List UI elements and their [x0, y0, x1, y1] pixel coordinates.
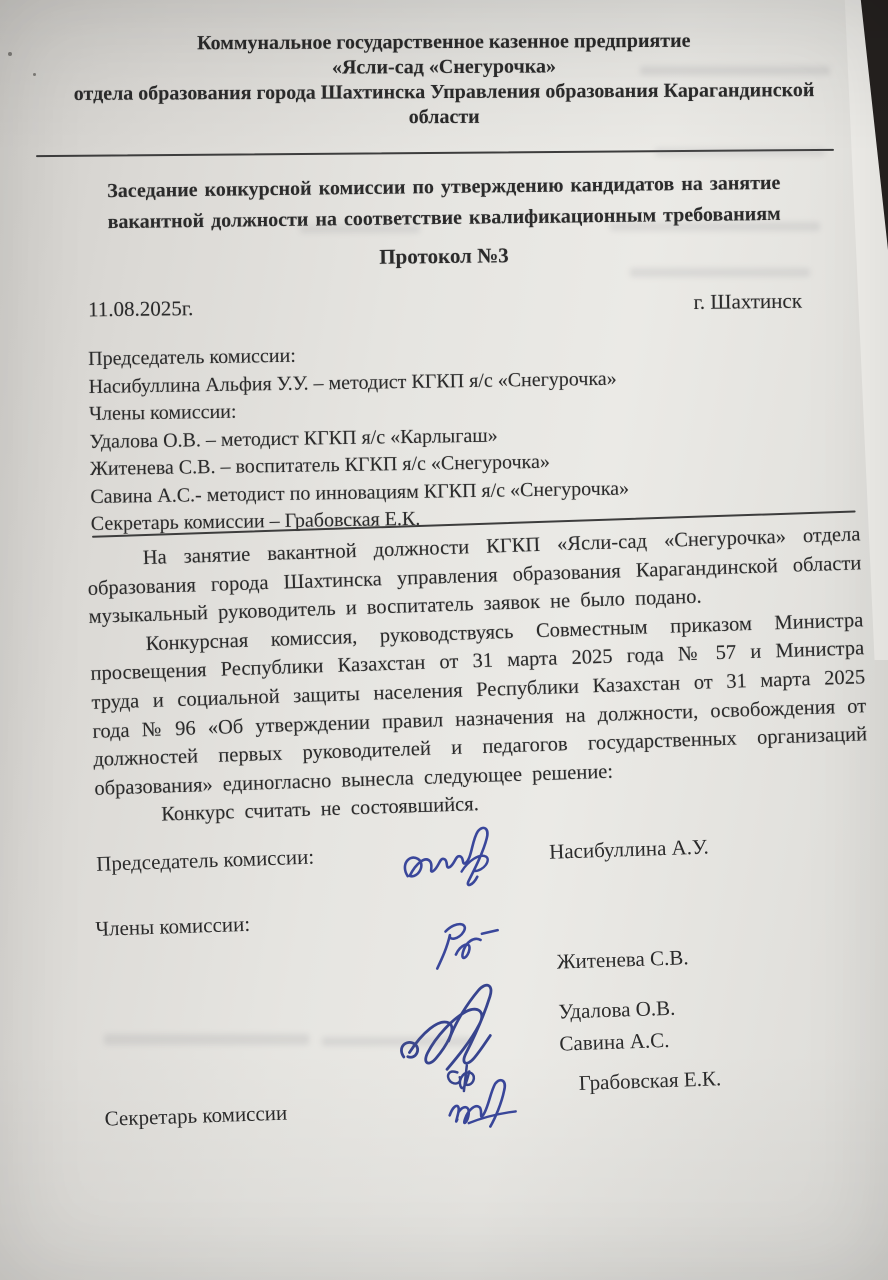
bleed-through-smudge	[610, 222, 820, 231]
bleed-through-smudge	[300, 225, 420, 233]
org-header-line4: области	[14, 103, 874, 133]
sig-secretary-name: Грабовская Е.К.	[578, 1066, 721, 1096]
body-paragraph-2: Конкурсная комиссия, руководствуясь Совм…	[89, 606, 868, 803]
sig-chair-name: Насибуллина А.У.	[549, 835, 709, 865]
bleed-through-smudge	[640, 66, 830, 75]
bleed-through-smudge	[630, 268, 810, 277]
org-header-line3: отдела образования города Шахтинска Упра…	[14, 78, 874, 108]
bleed-through-smudge	[104, 1034, 309, 1045]
bleed-through-smudge	[655, 148, 825, 156]
date-place-row: 11.08.2025г. г. Шахтинск	[88, 289, 802, 323]
secretary-signature-image	[433, 1069, 537, 1159]
scanned-protocol-document: Коммунальное государственное казенное пр…	[0, 0, 888, 1280]
paper-speck	[8, 52, 12, 56]
org-header: Коммунальное государственное казенное пр…	[14, 28, 875, 133]
protocol-body: На занятие вакантной должности КГКП «Ясл…	[86, 510, 869, 831]
sig-members-label: Члены комиссии:	[95, 912, 251, 942]
commission-list: Председатель комиссии: Насибуллина Альфи…	[88, 335, 821, 539]
sig-chair-label: Председатель комиссии:	[96, 845, 315, 877]
sig-member3-name: Савина А.С.	[559, 1028, 670, 1057]
bleed-through-smudge	[322, 1037, 472, 1046]
chair-signature-image	[392, 814, 516, 910]
sig-member2-name: Удалова О.В.	[558, 996, 676, 1025]
protocol-date: 11.08.2025г.	[88, 296, 194, 322]
protocol-city: г. Шахтинск	[693, 289, 802, 315]
sig-secretary-label: Секретарь комиссии	[104, 1101, 287, 1132]
sig-member1-name: Житенева С.В.	[556, 945, 689, 974]
